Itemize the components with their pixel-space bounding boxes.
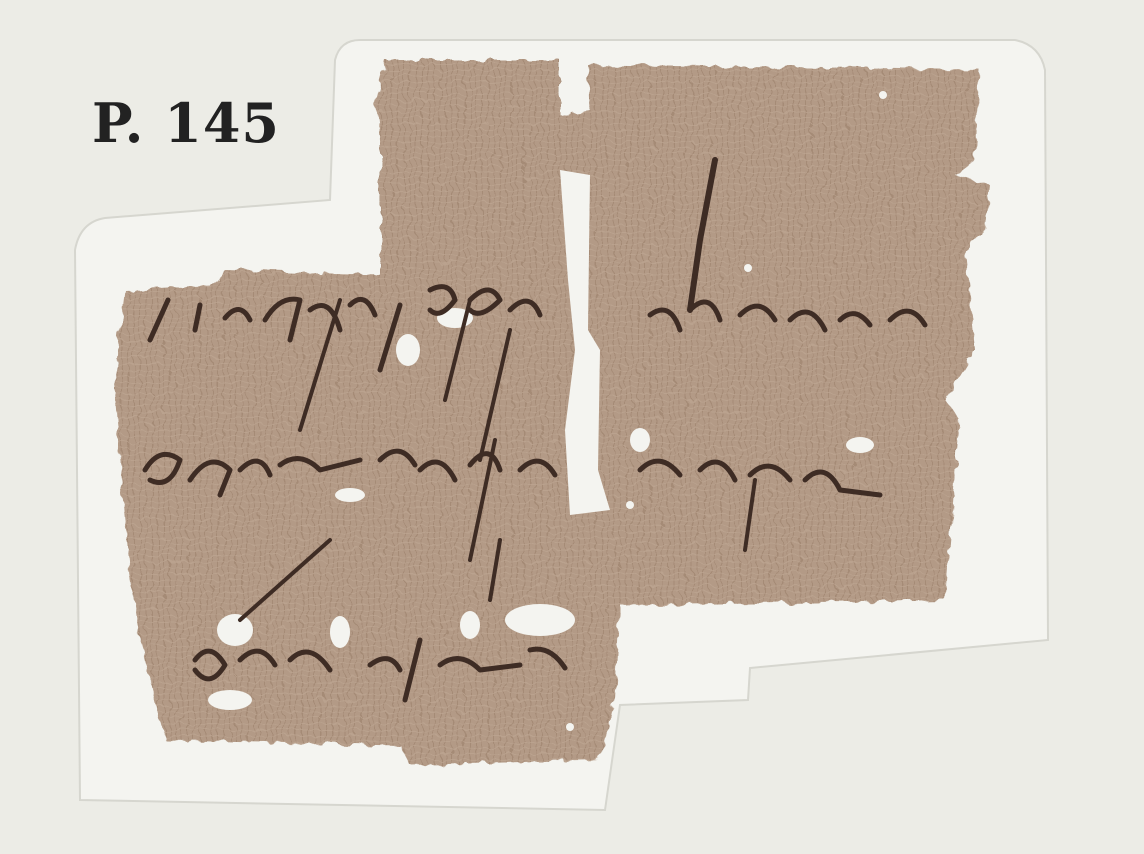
papyrus-fragment (115, 60, 990, 765)
papyrus-photo (0, 0, 1144, 854)
